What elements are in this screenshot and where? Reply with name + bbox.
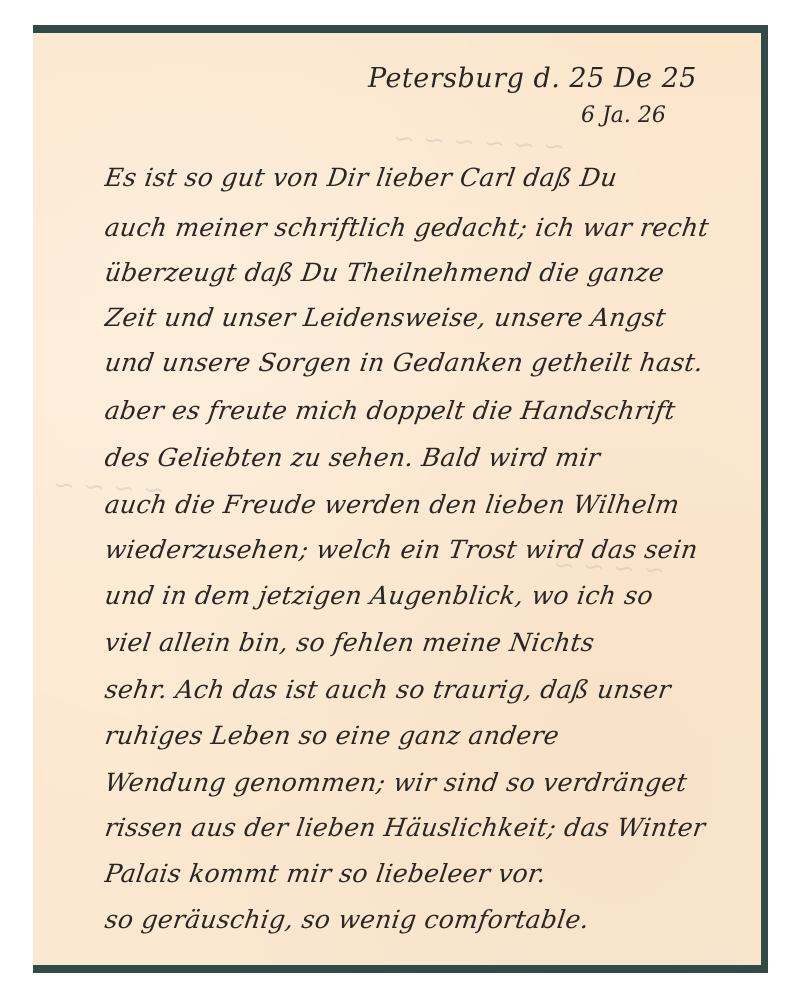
letter-line: rissen aus der lieben Häuslichkeit; das … <box>103 813 747 842</box>
letter-line: auch meiner schriftlich gedacht; ich war… <box>103 213 747 242</box>
letter-line: sehr. Ach das ist auch so traurig, daß u… <box>103 675 747 704</box>
letter-line: des Geliebten zu sehen. Bald wird mir <box>103 443 747 472</box>
letter-scan: ~ ~ ~ ~ ~ ~ ~ ~ ~ ~ ~ ~ ~ ~ Petersburg d… <box>0 0 802 1000</box>
letter-line: wiederzusehen; welch ein Trost wird das … <box>103 535 747 564</box>
letter-line: und in dem jetzigen Augenblick, wo ich s… <box>103 581 747 610</box>
letter-line: so geräuschig, so wenig comfortable. <box>103 905 747 934</box>
letter-line: Es ist so gut von Dir lieber Carl daß Du <box>103 163 747 192</box>
letter-sheet: ~ ~ ~ ~ ~ ~ ~ ~ ~ ~ ~ ~ ~ ~ Petersburg d… <box>33 25 768 973</box>
letter-line: aber es freute mich doppelt die Handschr… <box>103 396 747 425</box>
letter-line: überzeugt daß Du Theilnehmend die ganze <box>103 258 747 287</box>
letter-dateline-alt-date: 6 Ja. 26 <box>581 103 666 128</box>
letter-dateline-place: Petersburg d. 25 De 25 <box>368 63 697 94</box>
letter-line: viel allein bin, so fehlen meine Nichts <box>103 628 747 657</box>
letter-line: und unsere Sorgen in Gedanken getheilt h… <box>103 348 747 377</box>
letter-line: Palais kommt mir so liebeleer vor. <box>103 859 747 888</box>
bleed-through-text: ~ ~ ~ ~ ~ ~ <box>392 124 565 163</box>
letter-line: Wendung genommen; wir sind so verdränget <box>103 768 747 797</box>
letter-line: Zeit und unser Leidensweise, unsere Angs… <box>103 303 747 332</box>
letter-line: auch die Freude werden den lieben Wilhel… <box>103 490 747 519</box>
letter-line: ruhiges Leben so eine ganz andere <box>103 721 747 750</box>
